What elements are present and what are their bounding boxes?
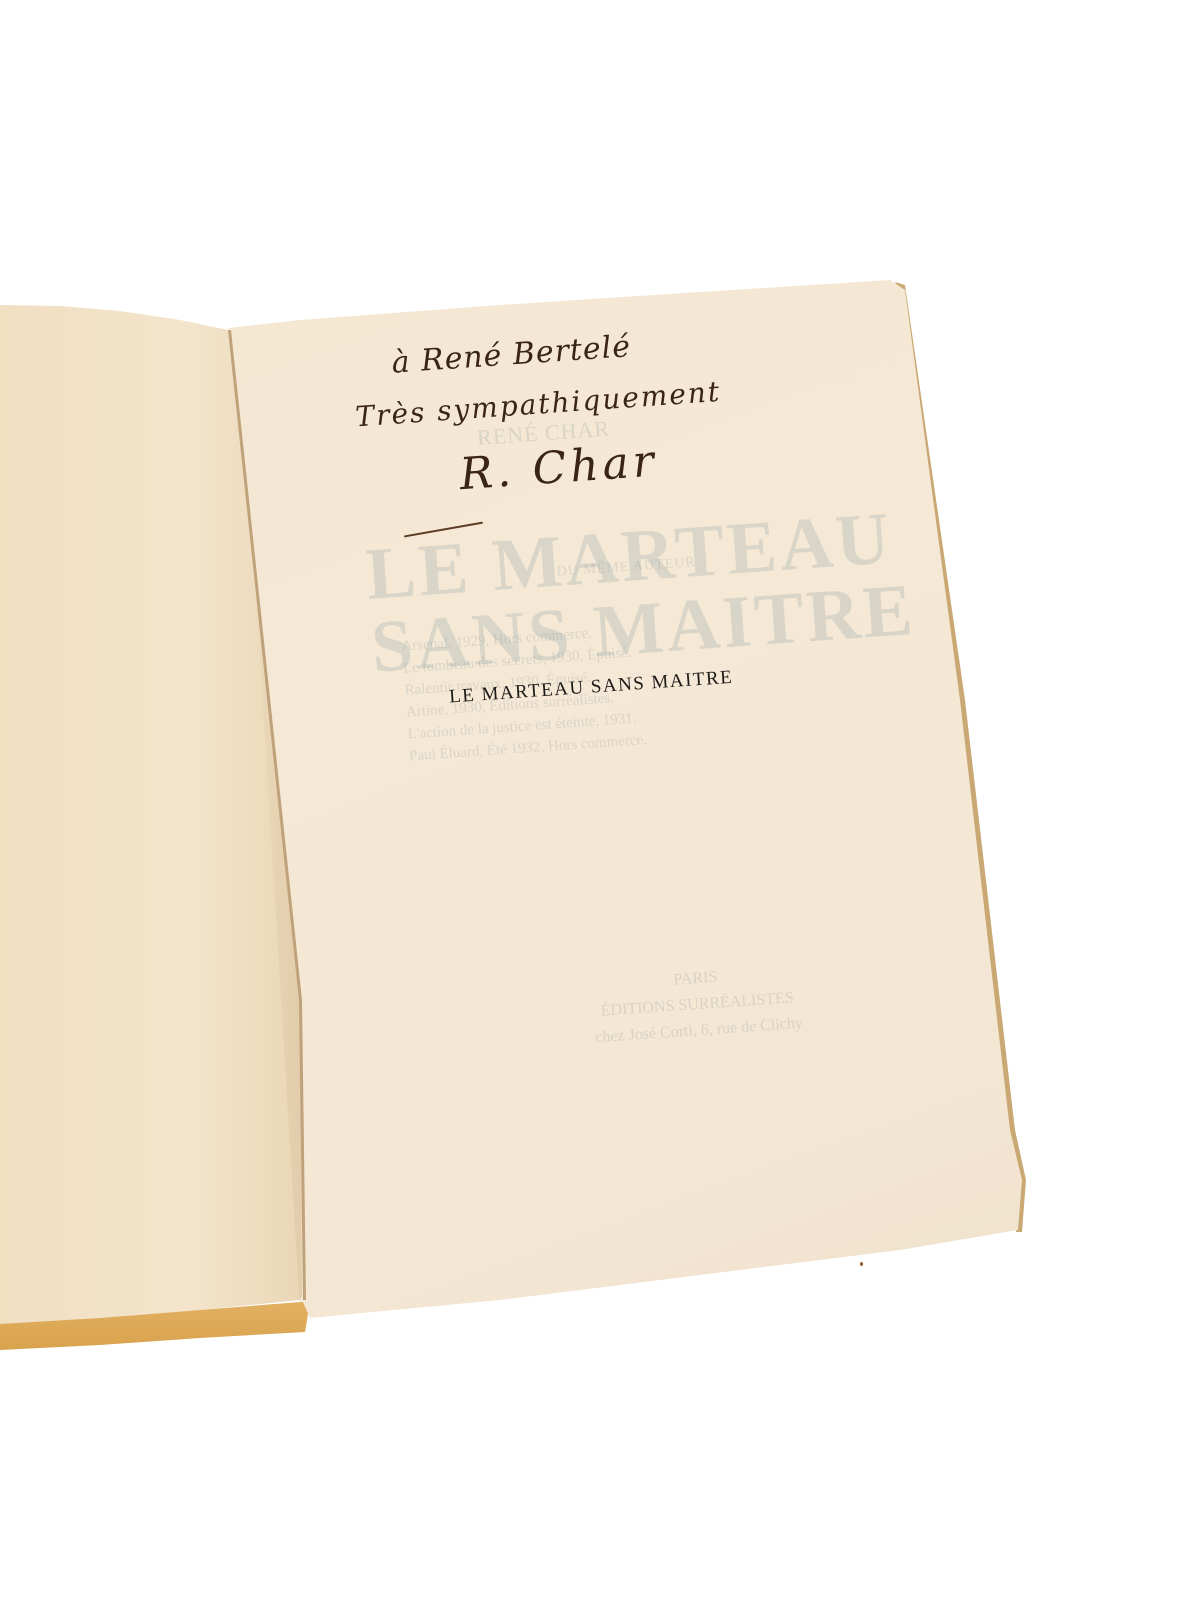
book-photo: RENÉ CHAR LE MARTEAU DU MÊME AUTEUR SANS…: [0, 0, 1200, 1600]
title-page-content: RENÉ CHAR LE MARTEAU DU MÊME AUTEUR SANS…: [330, 301, 951, 1238]
show-through-publisher: PARIS ÉDITIONS SURRÉALISTES chez José Co…: [545, 956, 850, 1055]
dedication-line-1: à René Bertelé: [391, 329, 633, 381]
foxing-spot: [860, 1262, 863, 1266]
